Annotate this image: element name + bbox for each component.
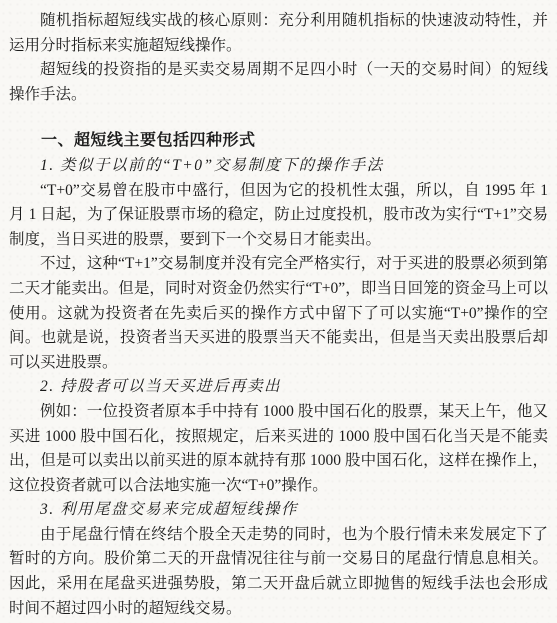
subheading-item-1: 1. 类似于以前的“T+0”交易制度下的操作手法 — [9, 154, 548, 179]
paragraph-core-principle: 随机指标超短线实战的核心原则：充分利用随机指标的快速波动特性，并运用分时指标来实… — [9, 9, 548, 58]
paragraph-definition: 超短线的投资指的是买卖交易周期不足四小时（一天的交易时间）的短线操作手法。 — [9, 58, 548, 107]
paragraph-tail-market: 由于尾盘行情在终结个股全天走势的同时，也为个股行情未来发展定下了暂时的方向。股价… — [9, 523, 548, 621]
subheading-item-2: 2. 持股者可以当天买进后再卖出 — [9, 375, 548, 400]
paragraph-example-sinopec: 例如：一位投资者原本手中持有 1000 股中国石化的股票，某天上午，他又买进 1… — [9, 400, 548, 498]
section-heading-four-forms: 一、超短线主要包括四种形式 — [9, 129, 548, 154]
document-page: 随机指标超短线实战的核心原则：充分利用随机指标的快速波动特性，并运用分时指标来实… — [0, 0, 557, 623]
paragraph-t1-not-strict: 不过，这种“T+1”交易制度并没有完全严格实行，对于买进的股票必须到第二天才能卖… — [9, 252, 548, 375]
subheading-item-3: 3. 利用尾盘交易来完成超短线操作 — [9, 498, 548, 523]
paragraph-t0-history: “T+0”交易曾在股市中盛行，但因为它的投机性太强，所以，自 1995 年 1 … — [9, 179, 548, 253]
